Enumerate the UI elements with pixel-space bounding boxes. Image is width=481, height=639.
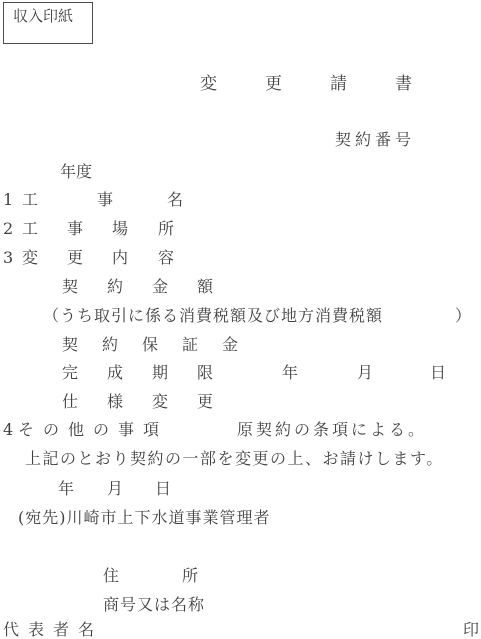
item-1-char: 工	[22, 190, 38, 209]
completion-deadline-row: 完成期限 年 月 日	[0, 363, 481, 382]
date-year-label: 年	[58, 479, 74, 498]
addressee-row: (宛先)川崎市上下水道事業管理者	[0, 508, 481, 527]
consumption-tax-note-close-paren: ）	[455, 306, 471, 325]
addressee-label: (宛先)川崎市上下水道事業管理者	[18, 508, 271, 527]
item-3-char: 変	[22, 248, 38, 267]
item-4-other-matters-row: 4 その他の事項 原契約の条項による。	[0, 420, 481, 439]
item-4-number: 4	[3, 420, 13, 439]
change-acceptance-form: 収入印紙 変更請書 契約番号 年度 1 工 事 名 2 工 事 場 所 3 変 …	[0, 0, 481, 639]
fiscal-year-row: 年度	[0, 162, 481, 181]
acceptance-statement: 上記のとおり契約の一部を変更の上、お請けします。	[25, 449, 444, 468]
company-name-row: 商号又は名称	[0, 595, 481, 614]
item-2-construction-site-row: 2 工 事 場 所	[0, 219, 481, 238]
item-1-char: 名	[167, 190, 183, 209]
item-4-label: その他の事項	[18, 420, 168, 439]
item-1-number: 1	[3, 190, 13, 209]
contract-number-row: 契約番号	[0, 130, 481, 149]
document-title-row: 変更請書	[0, 75, 481, 94]
date-month-label: 月	[107, 479, 123, 498]
acceptance-statement-row: 上記のとおり契約の一部を変更の上、お請けします。	[0, 449, 481, 468]
representative-row: 代表者名 印	[0, 620, 481, 639]
date-day-label: 日	[155, 479, 171, 498]
item-3-char: 更	[67, 248, 83, 267]
specification-change-row: 仕様変更	[0, 392, 481, 411]
document-title: 変更請書	[200, 75, 460, 94]
company-name-label: 商号又は名称	[103, 595, 205, 614]
seal-mark: 印	[463, 620, 479, 639]
specification-change-label: 仕様変更	[62, 392, 242, 411]
item-2-number: 2	[3, 219, 13, 238]
item-1-construction-name-row: 1 工 事 名	[0, 190, 481, 209]
contract-amount-row: 契約金額	[0, 277, 481, 296]
item-1-char: 事	[97, 190, 113, 209]
contract-amount-label: 契約金額	[62, 277, 242, 296]
fiscal-year-label: 年度	[60, 162, 92, 181]
item-3-char: 内	[112, 248, 128, 267]
consumption-tax-note: （うち取引に係る消費税額及び地方消費税額	[43, 306, 383, 325]
revenue-stamp-box: 収入印紙	[3, 2, 93, 44]
completion-deadline-label: 完成期限	[62, 363, 242, 382]
deadline-day-label: 日	[430, 363, 446, 382]
item-2-char: 場	[112, 219, 128, 238]
representative-label: 代表者名	[3, 620, 103, 639]
item-2-char: 所	[158, 219, 174, 238]
contract-deposit-row: 契約保証金	[0, 335, 481, 354]
item-3-char: 容	[158, 248, 174, 267]
consumption-tax-note-row: （うち取引に係る消費税額及び地方消費税額 ）	[0, 306, 481, 325]
item-4-value: 原契約の条項による。	[237, 420, 427, 439]
date-row: 年 月 日	[0, 479, 481, 498]
item-3-number: 3	[3, 248, 13, 267]
address-label-left: 住	[103, 566, 119, 585]
item-2-char: 工	[22, 219, 38, 238]
address-row: 住 所	[0, 566, 481, 585]
deadline-month-label: 月	[357, 363, 373, 382]
address-label-right: 所	[182, 566, 198, 585]
deadline-year-label: 年	[282, 363, 298, 382]
revenue-stamp-label: 収入印紙	[13, 7, 73, 25]
contract-number-label: 契約番号	[335, 130, 415, 149]
contract-deposit-label: 契約保証金	[62, 335, 262, 354]
item-3-change-contents-row: 3 変 更 内 容	[0, 248, 481, 267]
item-2-char: 事	[67, 219, 83, 238]
